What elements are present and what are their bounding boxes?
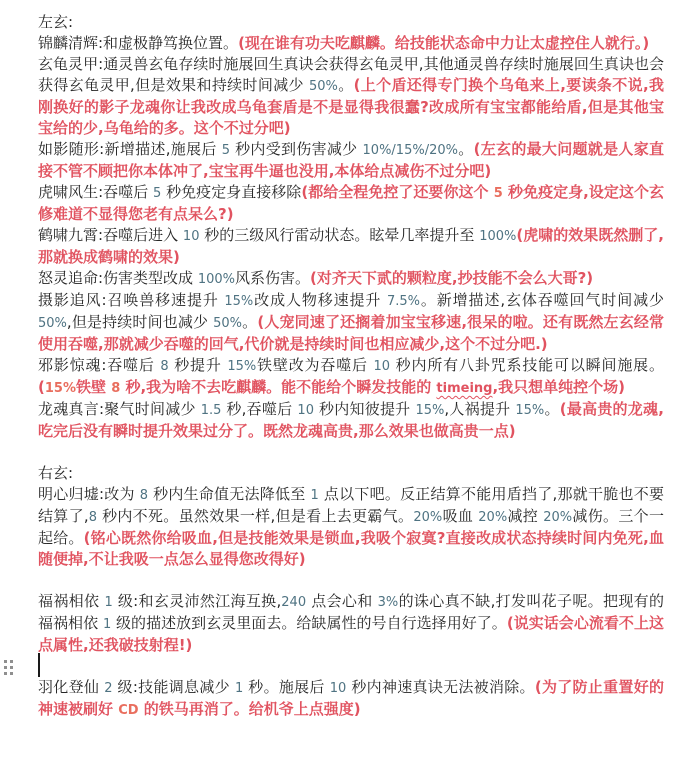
text-segment: 。 bbox=[458, 140, 474, 158]
text-segment: 10%/15%/20% bbox=[363, 143, 458, 158]
text-segment: 20% bbox=[478, 510, 507, 525]
text-segment: 级:技能调息减少 bbox=[112, 678, 234, 696]
text-segment: 8 bbox=[140, 488, 148, 503]
text-segment: 50% bbox=[213, 316, 242, 331]
paragraph[interactable] bbox=[38, 442, 664, 463]
text-segment: 100% bbox=[198, 272, 235, 287]
drag-handle-dot bbox=[10, 666, 13, 669]
text-segment: 秒的三级风行雷动状态。眩晕几率提升至 bbox=[199, 226, 479, 244]
text-segment: 的铁马再消了。给机爷上点强度) bbox=[139, 700, 361, 718]
text-segment: 吸血 bbox=[442, 507, 478, 525]
text-segment: 8 bbox=[111, 381, 120, 396]
text-segment: 15% bbox=[515, 403, 544, 418]
text-segment: 5 bbox=[222, 143, 230, 158]
text-segment: 虎啸风生:吞噬后 bbox=[38, 183, 153, 201]
text-segment: 20% bbox=[543, 510, 572, 525]
paragraph[interactable]: 怒灵追命:伤害类型改成 100%风系伤害。(对齐天下贰的颗粒度,抄技能不会么大哥… bbox=[38, 268, 664, 290]
text-segment: (都给全程免控了还要你这个 bbox=[301, 183, 493, 201]
text-segment: 10 bbox=[297, 403, 314, 418]
text-segment: 秒内生命值无法降低至 bbox=[148, 485, 310, 503]
text-segment: 点会心和 bbox=[306, 592, 378, 610]
text-segment: 。新增描述,玄体吞噬回气时间减少 bbox=[420, 291, 664, 309]
text-segment: 铁壁 bbox=[76, 378, 111, 396]
text-segment: 15% bbox=[415, 403, 444, 418]
paragraph[interactable] bbox=[38, 656, 664, 677]
text-segment: 秒内受到伤害减少 bbox=[230, 140, 363, 158]
text-segment: 摄影追风:召唤兽移速提升 bbox=[38, 291, 224, 309]
text-segment: 如影随形:新增描述,施展后 bbox=[38, 140, 222, 158]
text-segment: 鹤啸九霄:吞噬后进入 bbox=[38, 226, 183, 244]
text-segment: 锦麟清辉:和虚极静笃换位置。 bbox=[38, 34, 238, 52]
text-segment: 1 bbox=[103, 617, 111, 632]
text-segment: 10 bbox=[183, 229, 200, 244]
paragraph-drag-handle-icon[interactable] bbox=[4, 660, 13, 675]
text-segment: 15% bbox=[227, 359, 256, 374]
text-segment: 50% bbox=[38, 316, 67, 331]
paragraph[interactable]: 鹤啸九霄:吞噬后进入 10 秒的三级风行雷动状态。眩晕几率提升至 100%(虎啸… bbox=[38, 225, 664, 268]
text-segment: 10 bbox=[374, 359, 391, 374]
text-segment: ,我只想单纯控个场) bbox=[492, 378, 625, 396]
drag-handle-dot bbox=[10, 660, 13, 663]
text-segment: 1.5 bbox=[201, 403, 222, 418]
paragraph[interactable]: 龙魂真言:聚气时间减少 1.5 秒,吞噬后 10 秒内知彼提升 15%,人祸提升… bbox=[38, 399, 664, 442]
text-segment: ( bbox=[38, 378, 45, 396]
paragraph[interactable]: 右玄: bbox=[38, 463, 664, 484]
text-segment: 邪影惊魂:吞噬后 bbox=[38, 356, 160, 374]
text-segment: 15% bbox=[224, 294, 253, 309]
text-segment: 羽化登仙 bbox=[38, 678, 104, 696]
text-segment: 秒内所有八卦咒系技能可以瞬间施展。 bbox=[390, 356, 664, 374]
text-segment: 减控 bbox=[507, 507, 543, 525]
text-segment: 秒,我为啥不去吃麒麟。能不能给个瞬发技能的 bbox=[120, 378, 436, 396]
drag-handle-dot bbox=[10, 672, 13, 675]
text-segment: 秒免疫定身直接移除 bbox=[161, 183, 301, 201]
text-segment: (铭心既然你给吸血,但是技能效果是锁血,我吸个寂寞?直接改成状态持续时间内免死,… bbox=[38, 529, 664, 568]
text-segment: 右玄: bbox=[38, 464, 73, 482]
text-segment: 240 bbox=[281, 595, 306, 610]
text-segment: 秒。施展后 bbox=[243, 678, 330, 696]
text-segment: 1 bbox=[311, 488, 319, 503]
text-segment: ,但是持续时间也减少 bbox=[67, 313, 213, 331]
paragraph[interactable]: 玄龟灵甲:通灵兽玄龟存续时施展回生真诀会获得玄龟灵甲,其他通灵兽存续时施展回生真… bbox=[38, 54, 664, 139]
text-segment: 龙魂真言:聚气时间减少 bbox=[38, 400, 201, 418]
text-segment: 明心归墟:改为 bbox=[38, 485, 140, 503]
text-segment: 级:和玄灵沛然江海互换, bbox=[113, 592, 282, 610]
drag-handle-dot bbox=[4, 672, 7, 675]
text-segment: 7.5% bbox=[387, 294, 420, 309]
text-segment: 铁壁改为吞噬后 bbox=[256, 356, 373, 374]
drag-handle-dot bbox=[4, 666, 7, 669]
text-segment: (对齐天下贰的颗粒度,抄技能不会么大哥?) bbox=[310, 269, 593, 287]
text-segment: 100% bbox=[479, 229, 516, 244]
paragraph[interactable]: 邪影惊魂:吞噬后 8 秒提升 15%铁壁改为吞噬后 10 秒内所有八卦咒系技能可… bbox=[38, 355, 664, 399]
text-segment: 5 bbox=[494, 186, 503, 201]
drag-handle-dot bbox=[4, 660, 7, 663]
text-segment: 1 bbox=[104, 595, 112, 610]
text-segment: 1 bbox=[235, 681, 243, 696]
text-segment: 改成人物移速提升 bbox=[253, 291, 387, 309]
text-segment: 10 bbox=[330, 681, 347, 696]
paragraph[interactable]: 如影随形:新增描述,施展后 5 秒内受到伤害减少 10%/15%/20%。(左玄… bbox=[38, 139, 664, 182]
text-segment: 福祸相依 bbox=[38, 592, 104, 610]
text-segment: 左玄: bbox=[38, 13, 73, 31]
text-segment: 怒灵追命:伤害类型改成 bbox=[38, 269, 198, 287]
text-segment: 。 bbox=[242, 313, 257, 331]
paragraph[interactable]: 虎啸风生:吞噬后 5 秒免疫定身直接移除(都给全程免控了还要你这个 5 秒免疫定… bbox=[38, 182, 664, 225]
paragraph[interactable]: 摄影追风:召唤兽移速提升 15%改成人物移速提升 7.5%。新增描述,玄体吞噬回… bbox=[38, 290, 664, 355]
text-segment: 级的描述放到玄灵里面去。给缺属性的号自行选择用好了。 bbox=[111, 614, 507, 632]
paragraph[interactable]: 锦麟清辉:和虚极静笃换位置。(现在谁有功夫吃麒麟。给技能状态命中力让太虚控住人就… bbox=[38, 33, 664, 54]
paragraph[interactable]: 福祸相依 1 级:和玄灵沛然江海互换,240 点会心和 3%的诛心真不缺,打发叫… bbox=[38, 591, 664, 656]
text-caret bbox=[38, 653, 40, 677]
text-segment: 。 bbox=[338, 76, 354, 94]
misspelled-word: timeing bbox=[436, 381, 492, 396]
paragraph[interactable] bbox=[38, 570, 664, 591]
paragraph[interactable]: 羽化登仙 2 级:技能调息减少 1 秒。施展后 10 秒内神速真诀无法被消除。(… bbox=[38, 677, 664, 721]
paragraph[interactable]: 明心归墟:改为 8 秒内生命值无法降低至 1 点以下吧。反正结算不能用盾挡了,那… bbox=[38, 484, 664, 570]
text-segment: 秒内不死。虽然效果一样,但是看上去更霸气。 bbox=[97, 507, 413, 525]
text-segment: 秒提升 bbox=[169, 356, 228, 374]
text-segment: 3% bbox=[378, 595, 399, 610]
text-segment: 15% bbox=[45, 381, 76, 396]
text-segment: ,人祸提升 bbox=[444, 400, 515, 418]
text-segment: 8 bbox=[89, 510, 97, 525]
text-segment: 8 bbox=[160, 359, 168, 374]
text-segment: 。 bbox=[544, 400, 559, 418]
text-segment: 秒,吞噬后 bbox=[221, 400, 297, 418]
paragraph[interactable]: 左玄: bbox=[38, 12, 664, 33]
text-segment: 风系伤害。 bbox=[235, 269, 310, 287]
text-segment: CD bbox=[118, 703, 138, 718]
text-segment: 秒内知彼提升 bbox=[314, 400, 415, 418]
document-body[interactable]: 左玄:锦麟清辉:和虚极静笃换位置。(现在谁有功夫吃麒麟。给技能状态命中力让太虚控… bbox=[38, 12, 664, 721]
text-segment: 50% bbox=[309, 79, 338, 94]
text-segment: 秒内神速真诀无法被消除。 bbox=[346, 678, 535, 696]
text-segment: 20% bbox=[413, 510, 442, 525]
text-segment: (现在谁有功夫吃麒麟。给技能状态命中力让太虚控住人就行。) bbox=[238, 34, 649, 52]
